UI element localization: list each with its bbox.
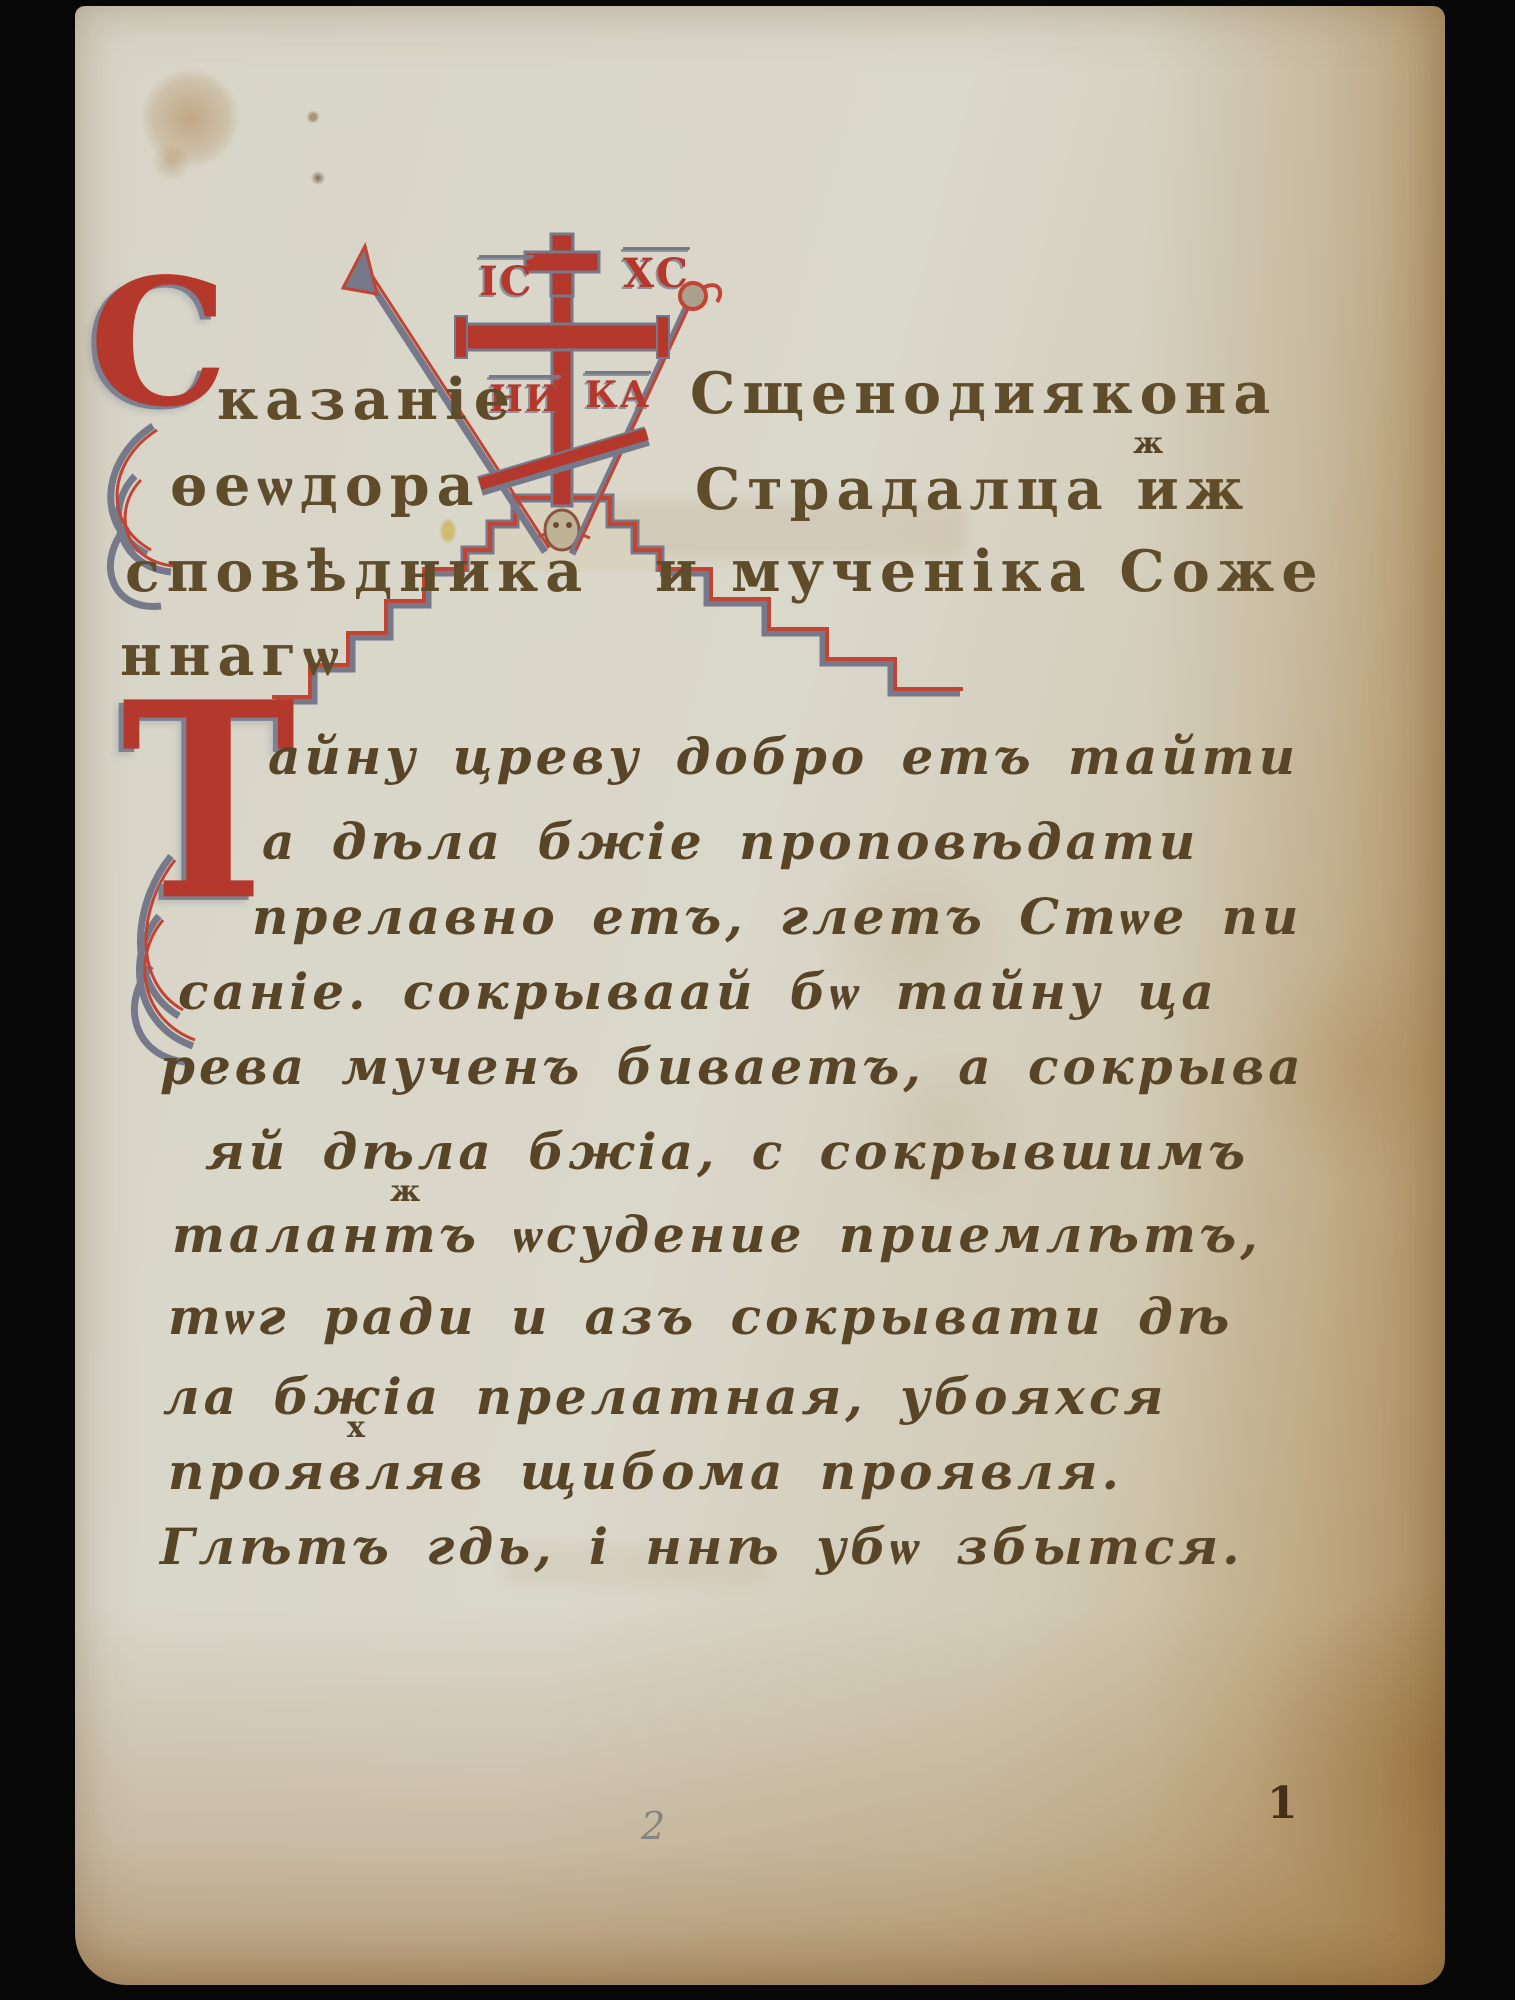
cross-inscription-ic: ІС (479, 258, 534, 305)
title-line: и мученіка Соже (655, 538, 1325, 605)
title-line: Сщенодиякона (690, 360, 1277, 427)
pencil-page-number: 2 (641, 1804, 665, 1848)
title-line: казаніе (217, 366, 517, 433)
title-line: сповѣдника (125, 538, 589, 605)
parchment-page: ІС ХС НИ КА С казаніе ѳеѡдора сповѣдника… (75, 6, 1445, 1985)
text-line: ла бжіа прелатная, убояхся (163, 1367, 1167, 1426)
text-line: айну цреву добро етъ тайти (268, 727, 1299, 786)
text-line: саніе. сокрываай бѡ тайну ца (178, 962, 1218, 1021)
text-line: а дѣла бжіе проповѣдати (262, 812, 1199, 871)
text-line: яй дѣла бжіа, с сокрывшимъ (205, 1122, 1249, 1181)
superscript-letter: х (347, 1410, 365, 1445)
text-line: Глѣтъ гдь, і ннѣ убѡ збытся. (160, 1517, 1244, 1576)
title-line: Страдалца иж (695, 456, 1250, 523)
stain-speck (308, 112, 318, 122)
text-line: тѡг ради и азъ сокрывати дѣ (168, 1287, 1233, 1346)
text-line: рева мученъ биваетъ, а сокрыва (160, 1037, 1305, 1096)
text-line: талантъ ѡсудение приемлѣтъ, (172, 1205, 1262, 1264)
text-line: проявляв щибома проявля. (168, 1442, 1123, 1501)
title-line: ѳеѡдора (170, 452, 481, 519)
superscript-letter: ж (390, 1174, 420, 1209)
folio-number: 1 (1267, 1778, 1298, 1829)
superscript-letter: ж (1133, 426, 1163, 461)
cross-inscription-ka: КА (585, 374, 651, 416)
text-line: прелавно етъ, глетъ Стѡе пи (252, 887, 1302, 946)
cross-inscription-xc: ХС (623, 250, 690, 297)
photograph-of-manuscript: ІС ХС НИ КА С казаніе ѳеѡдора сповѣдника… (0, 0, 1515, 2000)
decorated-initial-s: С (89, 274, 228, 414)
